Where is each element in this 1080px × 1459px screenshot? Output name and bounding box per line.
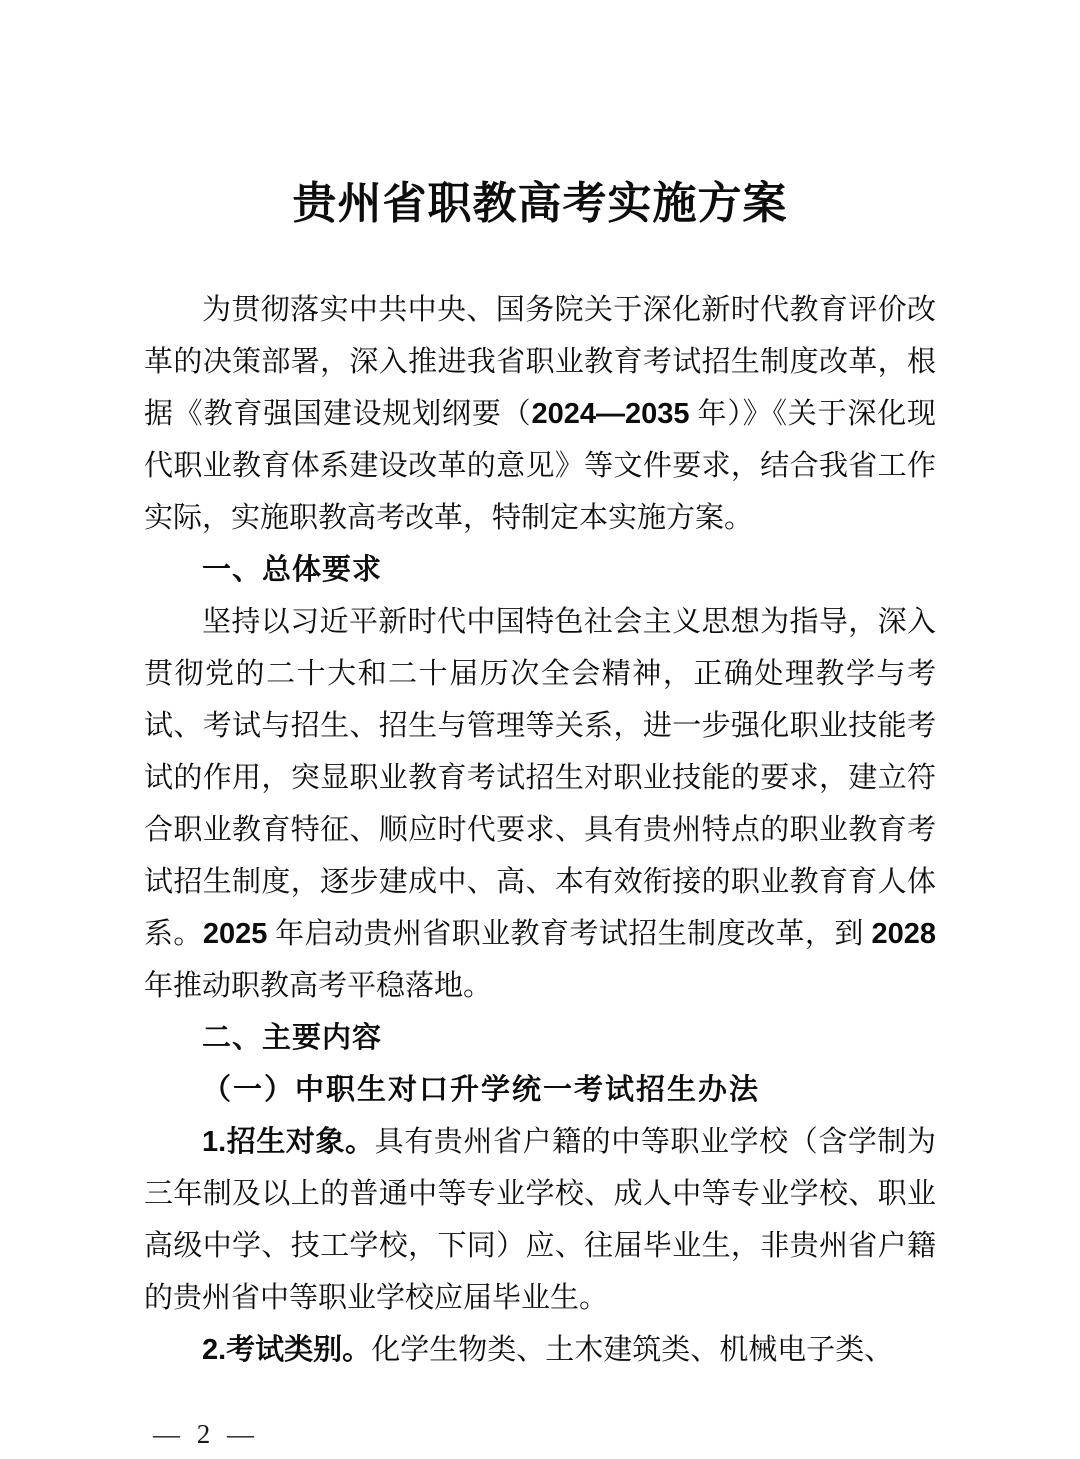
item-text-exam-categories: 化学生物类、土木建筑类、机械电子类、	[371, 1334, 893, 1366]
document-title: 贵州省职教高考实施方案	[0, 0, 1080, 232]
item-label-enrollment-targets: 1.招生对象。	[202, 1126, 375, 1158]
document-body: 为贯彻落实中共中央、国务院关于深化新时代教育评价改革的决策部署，深入推进我省职业…	[144, 284, 936, 1376]
paragraph-enrollment-targets: 1.招生对象。具有贵州省户籍的中等职业学校（含学制为三年制及以上的普通中等专业学…	[144, 1116, 936, 1324]
section-heading-overall-requirements: 一、总体要求	[144, 544, 936, 596]
paragraph-exam-categories: 2.考试类别。化学生物类、土木建筑类、机械电子类、	[144, 1324, 936, 1376]
sub-heading-secondary-vocational-admission-method: （一）中职生对口升学统一考试招生办法	[144, 1064, 936, 1116]
paragraph-overall-requirements: 坚持以习近平新时代中国特色社会主义思想为指导，深入贯彻党的二十大和二十届历次全会…	[144, 596, 936, 1012]
document-page: 贵州省职教高考实施方案 为贯彻落实中共中央、国务院关于深化新时代教育评价改革的决…	[0, 0, 1080, 1459]
paragraph-preamble: 为贯彻落实中共中央、国务院关于深化新时代教育评价改革的决策部署，深入推进我省职业…	[144, 284, 936, 544]
section-heading-main-content: 二、主要内容	[144, 1012, 936, 1064]
page-number: — 2 —	[153, 1419, 259, 1449]
item-label-exam-categories: 2.考试类别。	[202, 1334, 371, 1366]
